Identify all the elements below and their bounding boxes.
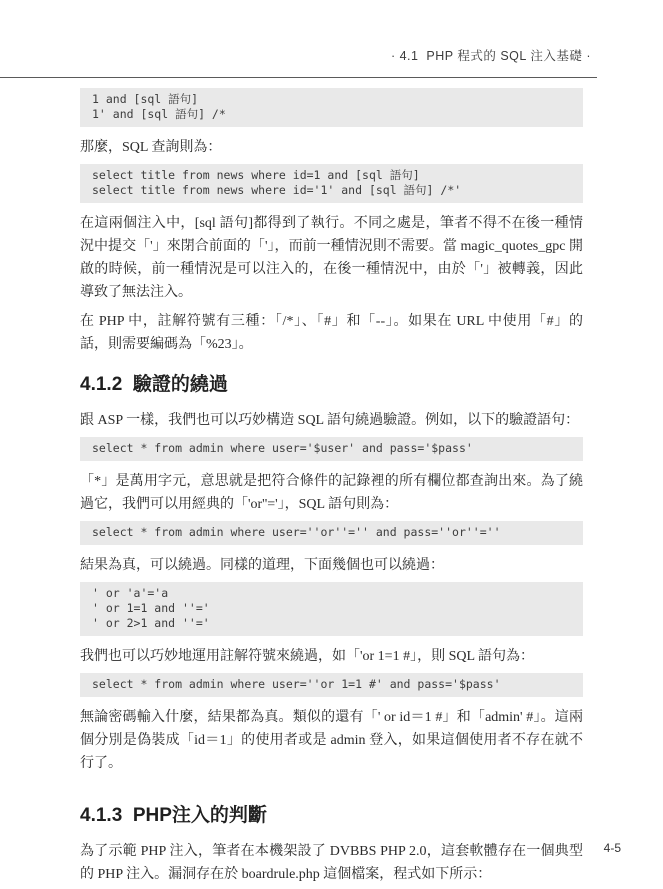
paragraph-php-comment-symbols: 在 PHP 中，註解符號有三種：「/*」、「#」和「--」。如果在 URL 中使… <box>80 310 583 356</box>
page-number: 4-5 <box>604 841 621 855</box>
code-block-comment-bypass: select * from admin where user=''or 1=1 … <box>80 673 583 697</box>
code-block-bypass-variants: ' or 'a'='a ' or 1=1 and ''=' ' or 2>1 a… <box>80 582 583 636</box>
code-block-injection-forms: 1 and [sql 語句] 1' and [sql 語句] /* <box>80 88 583 127</box>
paragraph-wildcard-explanation: 「*」是萬用字元，意思就是把符合條件的記錄裡的所有欄位都查詢出來。為了繞過它，我… <box>80 470 583 516</box>
paragraph-true-result: 結果為真，可以繞過。同樣的道理，下面幾個也可以繞過： <box>80 554 583 577</box>
book-page: · 4.1 PHP 程式的 SQL 注入基礎 · 1 and [sql 語句] … <box>0 0 663 889</box>
page-content: 1 and [sql 語句] 1' and [sql 語句] /* 那麼，SQL… <box>80 88 583 889</box>
paragraph-php-injection-demo: 為了示範 PHP 注入，筆者在本機架設了 DVBBS PHP 2.0，這套軟體存… <box>80 840 583 886</box>
paragraph-bypass-intro: 跟 ASP 一樣，我們也可以巧妙構造 SQL 語句繞過驗證。例如，以下的驗證語句… <box>80 409 583 432</box>
section-heading-4-1-2: 4.1.2 驗證的繞過 <box>80 369 583 396</box>
code-block-select-queries: select title from news where id=1 and [s… <box>80 164 583 203</box>
code-block-auth-query: select * from admin where user='$user' a… <box>80 437 583 461</box>
paragraph-comment-bypass: 我們也可以巧妙地運用註解符號來繞過，如「'or 1=1 #」，則 SQL 語句為… <box>80 645 583 668</box>
section-heading-4-1-3: 4.1.3 PHP注入的判斷 <box>80 800 583 827</box>
paragraph-injection-explanation: 在這兩個注入中，[sql 語句]都得到了執行。不同之處是，筆者不得不在後一種情況… <box>80 212 583 304</box>
paragraph-query-intro: 那麼，SQL 查詢則為： <box>80 136 583 159</box>
code-block-or-bypass: select * from admin where user=''or''=''… <box>80 521 583 545</box>
paragraph-password-any: 無論密碼輸入什麼，結果都為真。類似的還有「' or id＝1 #」和「admin… <box>80 706 583 775</box>
running-head: · 4.1 PHP 程式的 SQL 注入基礎 · <box>0 0 597 78</box>
